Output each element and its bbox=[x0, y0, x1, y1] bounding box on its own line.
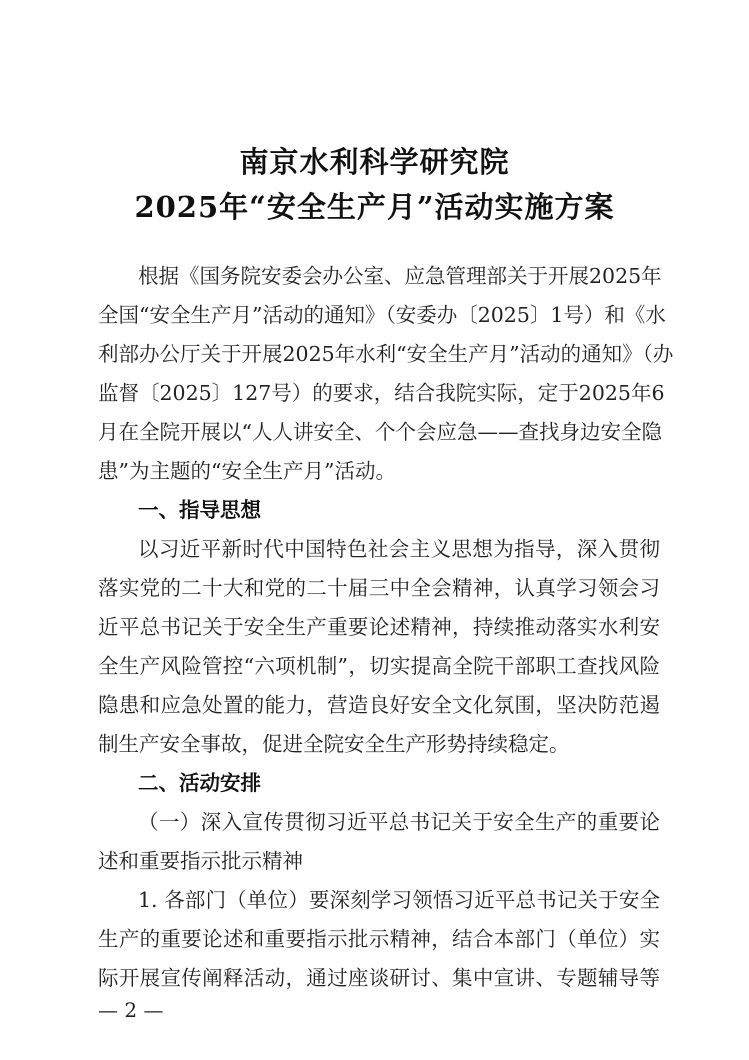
section-heading-activity-arrangement: 二、活动安排 bbox=[138, 764, 660, 803]
paragraph-guiding-line: 隐患和应急处置的能力，营造良好安全文化氛围，坚决防范遏 bbox=[98, 686, 660, 725]
paragraph-guiding-line: 以习近平新时代中国特色社会主义思想为指导，深入贯彻 bbox=[138, 530, 660, 569]
paragraph-guiding-line: 落实党的二十大和党的二十届三中全会精神，认真学习领会习 bbox=[98, 569, 660, 608]
subsection-heading-line: 述和重要指示批示精神 bbox=[98, 842, 660, 881]
page-number: — 2 — bbox=[98, 998, 163, 1022]
paragraph-intro-line: 监督〔2025〕127号）的要求，结合我院实际，定于2025年6 bbox=[98, 374, 660, 413]
document-title-plan: 2025年“安全生产月”活动实施方案 bbox=[0, 185, 749, 226]
paragraph-intro-line: 月在全院开展以“人人讲安全、个个会应急——查找身边安全隐 bbox=[98, 413, 660, 452]
paragraph-item-1-line: 1. 各部门（单位）要深刻学习领悟习近平总书记关于安全 bbox=[138, 881, 660, 920]
document-title-institution: 南京水利科学研究院 bbox=[0, 140, 749, 181]
paragraph-intro-line: 全国“安全生产月”活动的通知》（安委办〔2025〕1号）和《水 bbox=[98, 296, 660, 335]
subsection-heading-line: （一）深入宣传贯彻习近平总书记关于安全生产的重要论 bbox=[138, 803, 660, 842]
paragraph-intro-line: 患”为主题的“安全生产月”活动。 bbox=[98, 452, 660, 491]
paragraph-intro-line: 根据《国务院安委会办公室、应急管理部关于开展2025年 bbox=[138, 257, 660, 296]
paragraph-intro-line: 利部办公厅关于开展2025年水利“安全生产月”活动的通知》（办 bbox=[98, 335, 660, 374]
paragraph-guiding-line: 制生产安全事故，促进全院安全生产形势持续稳定。 bbox=[98, 725, 660, 764]
paragraph-guiding-line: 近平总书记关于安全生产重要论述精神，持续推动落实水利安 bbox=[98, 608, 660, 647]
document-page: 南京水利科学研究院 2025年“安全生产月”活动实施方案 根据《国务院安委会办公… bbox=[0, 0, 749, 1060]
section-heading-guiding-ideology: 一、指导思想 bbox=[138, 491, 660, 530]
paragraph-item-1-line: 际开展宣传阐释活动，通过座谈研讨、集中宣讲、专题辅导等 bbox=[98, 959, 660, 998]
paragraph-guiding-line: 全生产风险管控“六项机制”，切实提高全院干部职工查找风险 bbox=[98, 647, 660, 686]
paragraph-item-1-line: 生产的重要论述和重要指示批示精神，结合本部门（单位）实 bbox=[98, 920, 660, 959]
